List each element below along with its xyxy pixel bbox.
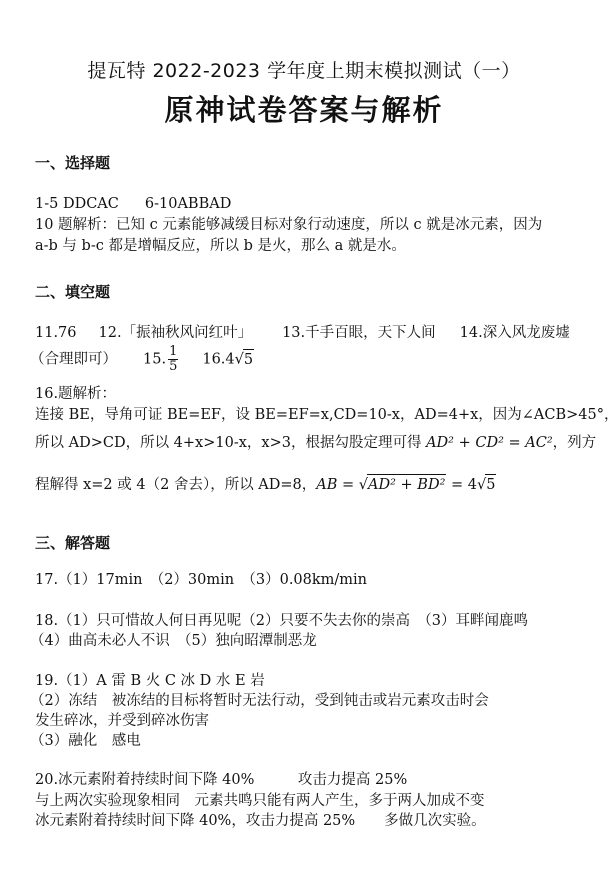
q16-explanation-line1: 连接 BE，导角可证 BE=EF，设 BE=EF=x,CD=10-x，AD=4+… [35,405,608,425]
q19-answer-line3: 发生碎冰，并受到碎冰伤害 [35,711,209,731]
choice-answers: 1-5 DDCAC6-10ABBAD [35,194,231,214]
q10-explanation-line2: a-b 与 b-c 都是增幅反应，所以 b 是火，那么 a 就是水。 [35,236,406,256]
q13-answer: 13.千手百眼，天下人间 [282,325,436,341]
q10-explanation-line1: 10 题解析：已知 c 元素能够减缓目标对象行动速度，所以 c 就是冰元素，因为 [35,215,542,235]
q11-answer: 11.76 [35,325,77,341]
fill-answers-line1: 11.7612.「振袖秋风问红叶」13.千手百眼，天下人间14.深入风龙废墟 [35,323,570,343]
pythagorean-equation: AD² + CD² = AC² [426,435,553,451]
q19-answer-line1: 19.（1）A 雷 B 火 C 冰 D 水 E 岩 [35,671,265,691]
q20-answer-line2: 与上两次实验现象相同 元素共鸣只能有两人产生，多于两人加成不变 [35,791,485,811]
q16-prefix: 16.4 [202,352,234,368]
q14-answer: 14.深入风龙废墟 [460,325,570,341]
section-heading-solve: 三、解答题 [35,532,110,553]
section-heading-choice: 一、选择题 [35,152,110,173]
ab-radicand: AD² + BD² [367,474,446,495]
q18-answer-line2: （4）曲高未必人不识 （5）独向昭潭制恶龙 [30,631,317,651]
section-heading-fill: 二、填空题 [35,281,110,302]
fill-answers-line2: （合理即可）15.1516.4√5 [30,345,254,374]
q16-explanation-heading: 16.题解析： [35,384,116,404]
q20-answer-line3: 冰元素附着持续时间下降 40%，攻击力提高 25% 多做几次实验。 [35,811,486,831]
q20-answer-line1: 20.冰元素附着持续时间下降 40% 攻击力提高 25% [35,770,407,790]
q15-prefix: 15. [143,352,166,368]
answers-1-5: 1-5 DDCAC [35,196,119,212]
q19-answer-line2: （2）冻结 被冻结的目标将暂时无法行动，受到钝击或岩元素攻击时会 [30,691,489,711]
answers-6-10: 6-10ABBAD [145,196,231,212]
q16-explanation-line2: 所以 AD>CD，所以 4+x>10-x，x>3，根据勾股定理可得 AD² + … [35,433,596,453]
q16-explanation-line3: 程解得 x=2 或 4（2 舍去），所以 AD=8，AB = √AD² + BD… [35,474,496,495]
q18-answer-line1: 18.（1）只可惜故人何日再见呢（2）只要不失去你的崇高 （3）耳畔闻鹿鸣 [35,611,528,631]
q19-answer-line4: （3）融化 感电 [30,731,141,751]
page-title: 原神试卷答案与解析 [0,88,608,129]
q16-radicand: 5 [243,349,254,370]
q17-answer: 17.（1）17min （2）30min （3）0.08km/min [35,570,367,590]
q14-note: （合理即可） [30,352,117,368]
q15-fraction: 15 [168,345,178,374]
q12-answer: 12.「振袖秋风问红叶」 [99,325,253,341]
exam-subtitle: 提瓦特 2022-2023 学年度上期末模拟测试（一） [0,56,608,83]
